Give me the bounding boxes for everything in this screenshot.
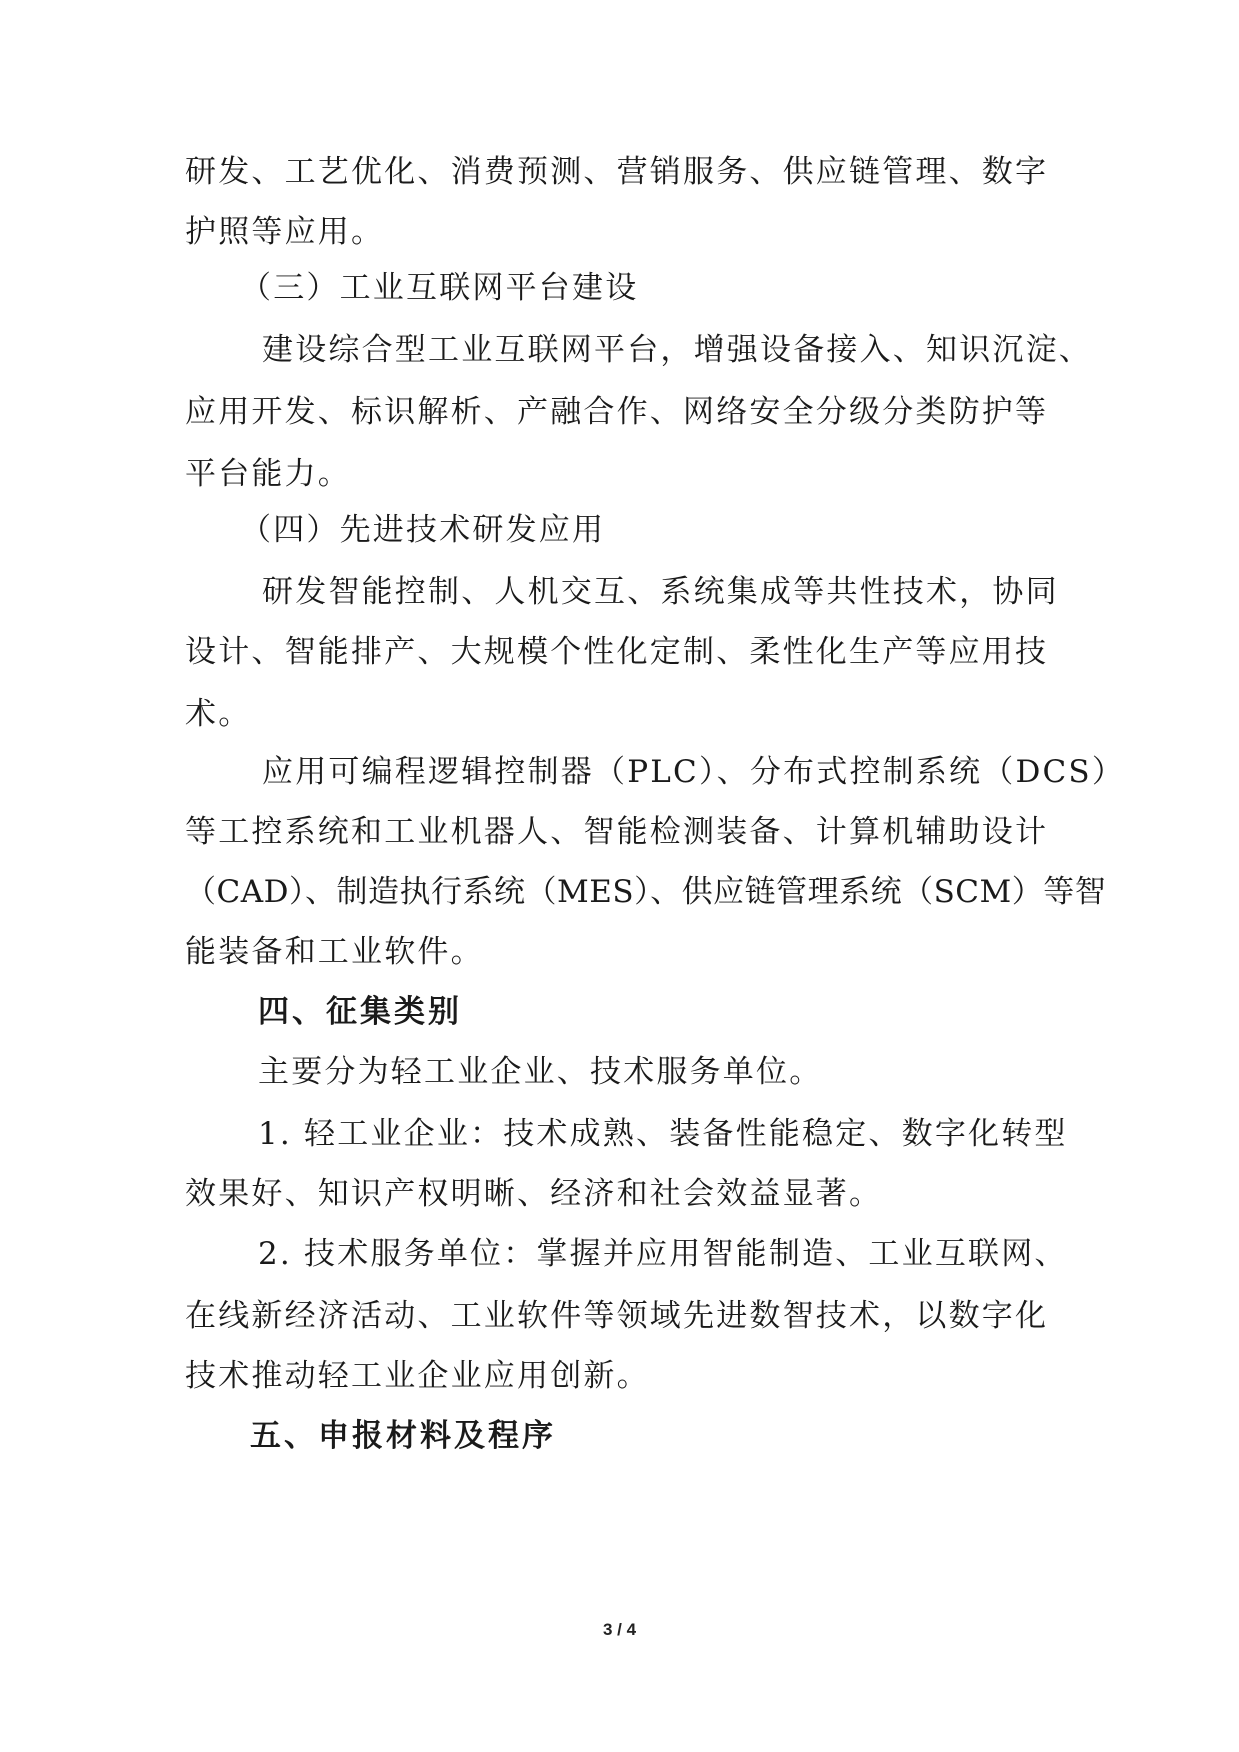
paragraph-line: 护照等应用。 [185,212,1005,252]
paragraph-line: 术。 [185,694,1005,734]
paragraph-line: 技术推动轻工业企业应用创新。 [185,1356,1005,1396]
paragraph-line: 应用可编程逻辑控制器（PLC）、分布式控制系统（DCS） [262,752,1005,792]
paragraph-line: （CAD）、制造执行系统（MES）、供应链管理系统（SCM）等智 [185,872,1005,912]
section-subheading-4: （四）先进技术研发应用 [240,510,1060,550]
paragraph-line: 研发、工艺优化、消费预测、营销服务、供应链管理、数字 [185,152,1005,192]
paragraph-line: 等工控系统和工业机器人、智能检测装备、计算机辅助设计 [185,812,1005,852]
paragraph-line: 效果好、知识产权明晰、经济和社会效益显著。 [185,1174,1005,1214]
section-heading-5: 五、申报材料及程序 [250,1416,1070,1456]
paragraph-line: 能装备和工业软件。 [185,932,1005,972]
document-page: 研发、工艺优化、消费预测、营销服务、供应链管理、数字 护照等应用。 （三）工业互… [0,0,1239,1752]
list-item-2: 2. 技术服务单位：掌握并应用智能制造、工业互联网、 [258,1234,1005,1274]
paragraph-line: 设计、智能排产、大规模个性化定制、柔性化生产等应用技 [185,632,1005,672]
paragraph-line: 在线新经济活动、工业软件等领域先进数智技术，以数字化 [185,1296,1005,1336]
list-item-1: 1. 轻工业企业：技术成熟、装备性能稳定、数字化转型 [258,1114,1005,1154]
paragraph-line: 主要分为轻工业企业、技术服务单位。 [258,1052,1001,1092]
paragraph-line: 平台能力。 [185,454,1005,494]
paragraph-line: 建设综合型工业互联网平台，增强设备接入、知识沉淀、 [262,330,1005,370]
paragraph-line: 应用开发、标识解析、产融合作、网络安全分级分类防护等 [185,392,1005,432]
page-number: 3 / 4 [0,1620,1239,1640]
section-subheading-3: （三）工业互联网平台建设 [240,268,1060,308]
paragraph-line: 研发智能控制、人机交互、系统集成等共性技术，协同 [262,572,1005,612]
section-heading-4: 四、征集类别 [258,992,1078,1032]
